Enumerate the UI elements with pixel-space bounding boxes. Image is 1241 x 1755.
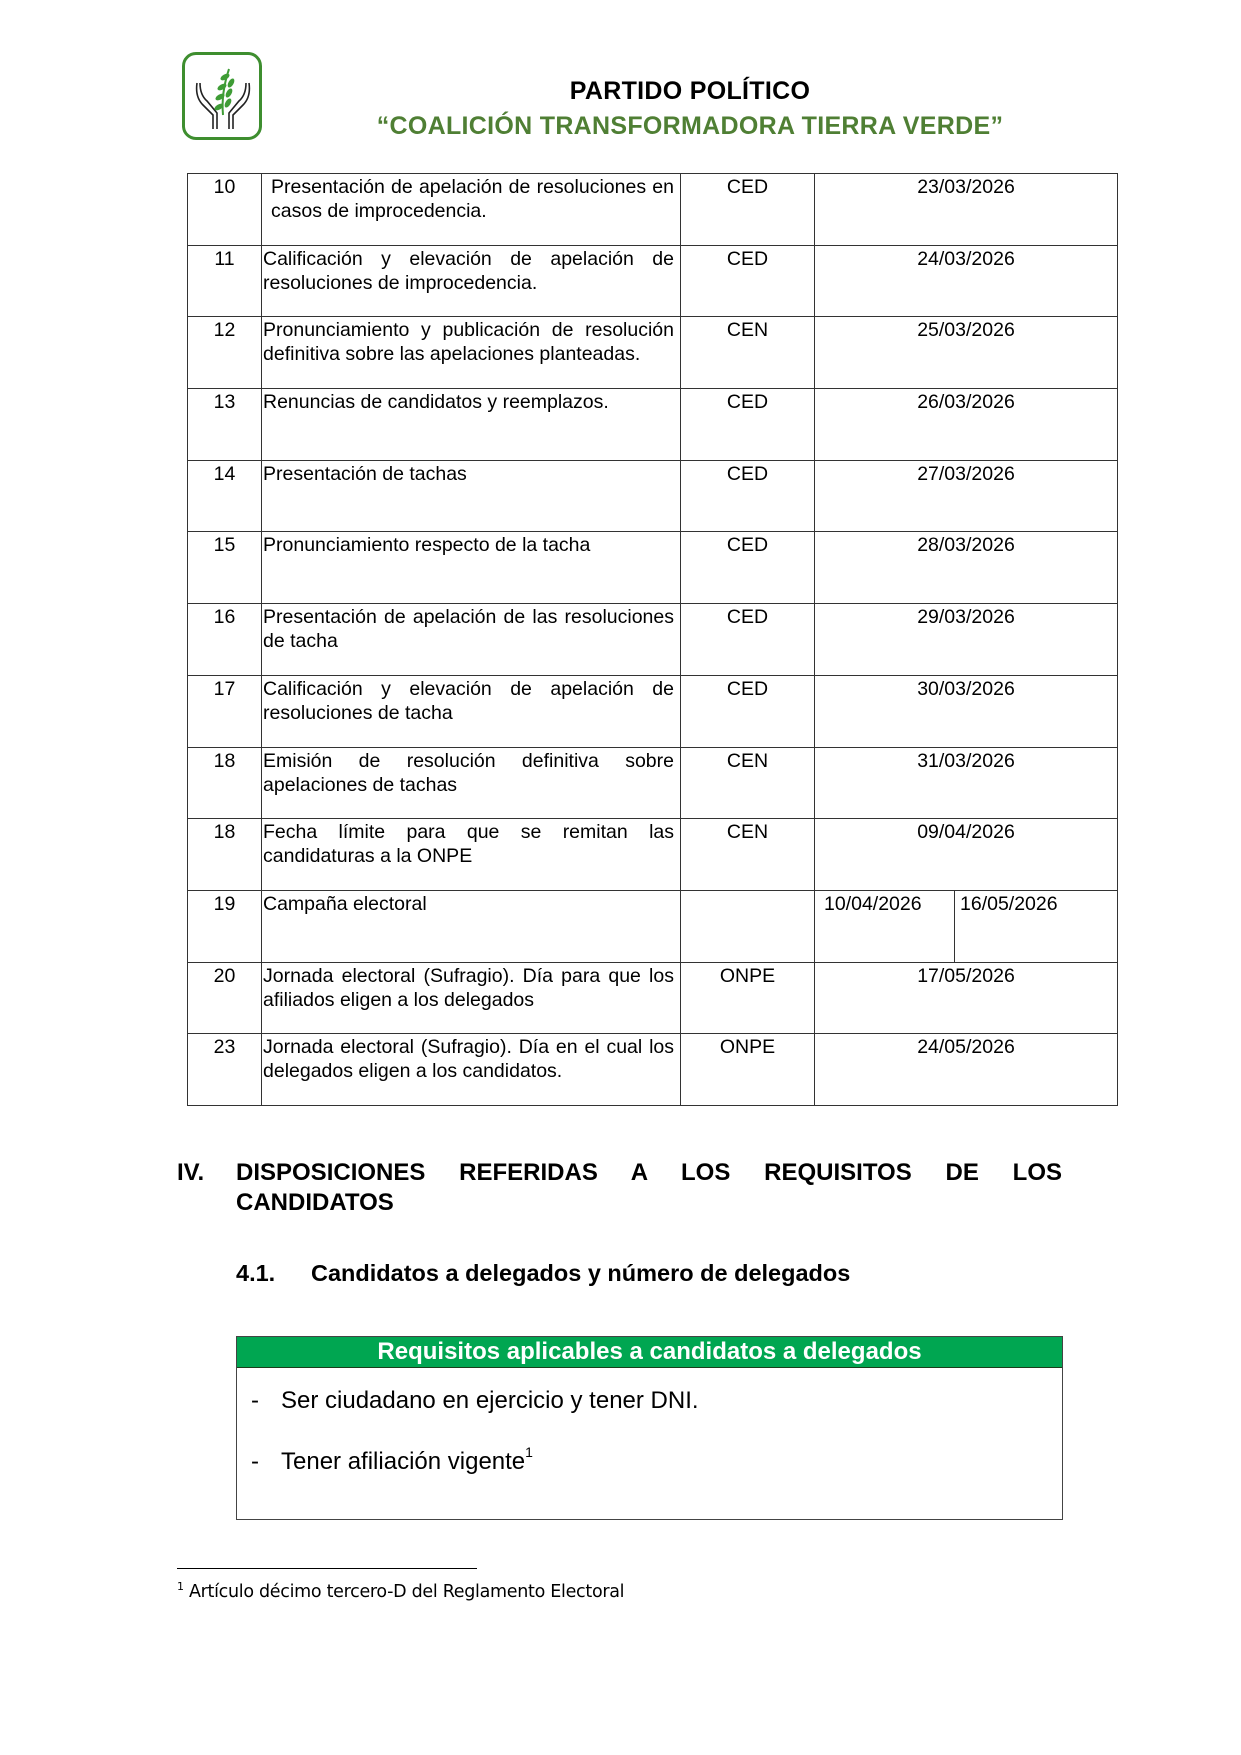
table-row: 15Pronunciamiento respecto de la tachaCE… (188, 532, 1118, 604)
activity-cell: Fecha límite para que se remitan las can… (262, 819, 681, 891)
activity-cell: Jornada electoral (Sufragio). Día para q… (262, 962, 681, 1034)
section-number: IV. (177, 1158, 204, 1188)
date-value: 24/05/2026 (917, 1035, 1015, 1059)
party-logo (182, 52, 262, 140)
table-row: 14Presentación de tachasCED27/03/2026 (188, 460, 1118, 532)
organ-cell: CED (681, 245, 815, 317)
activity-cell: Campaña electoral (262, 890, 681, 962)
requirements-header: Requisitos aplicables a candidatos a del… (237, 1337, 1062, 1368)
subsection-number: 4.1. (236, 1260, 311, 1287)
date-cell: 29/03/2026 (815, 604, 1118, 676)
subsection-title: Candidatos a delegados y número de deleg… (311, 1260, 850, 1286)
date-value: 31/03/2026 (917, 749, 1015, 773)
date-value: 25/03/2026 (917, 318, 1015, 342)
table-row: 11Calificación y elevación de apelación … (188, 245, 1118, 317)
date-cell: 25/03/2026 (815, 317, 1118, 389)
end-date-cell: 16/05/2026 (955, 890, 1118, 962)
section-title: DISPOSICIONES REFERIDAS A LOS REQUISITOS… (236, 1158, 1062, 1218)
footnote: 1 Artículo décimo tercero-D del Reglamen… (177, 1582, 624, 1602)
date-value: 24/03/2026 (917, 247, 1015, 271)
row-number: 15 (188, 532, 262, 604)
organ-cell: CED (681, 675, 815, 747)
date-cell: 26/03/2026 (815, 389, 1118, 461)
date-cell: 31/03/2026 (815, 747, 1118, 819)
date-value: 29/03/2026 (917, 605, 1015, 629)
activity-cell: Pronunciamiento y publicación de resoluc… (262, 317, 681, 389)
row-number: 23 (188, 1034, 262, 1106)
organ-cell: CED (681, 389, 815, 461)
organ-cell: ONPE (681, 1034, 815, 1106)
organ-cell: CED (681, 532, 815, 604)
table-row: 16Presentación de apelación de las resol… (188, 604, 1118, 676)
row-number: 20 (188, 962, 262, 1034)
table-row: 18Fecha límite para que se remitan las c… (188, 819, 1118, 891)
table-row: 20Jornada electoral (Sufragio). Día para… (188, 962, 1118, 1034)
row-number: 19 (188, 890, 262, 962)
table-row: 10Presentación de apelación de resolucio… (188, 174, 1118, 246)
row-number: 16 (188, 604, 262, 676)
row-number: 12 (188, 317, 262, 389)
electoral-schedule-table: 10Presentación de apelación de resolucio… (187, 173, 1118, 1106)
activity-cell: Renuncias de candidatos y reemplazos. (262, 389, 681, 461)
organ-cell: CED (681, 460, 815, 532)
activity-cell: Presentación de apelación de resolucione… (262, 174, 681, 246)
date-value: 17/05/2026 (917, 964, 1015, 988)
footnote-ref[interactable]: 1 (525, 1444, 533, 1460)
activity-cell: Emisión de resolución definitiva sobre a… (262, 747, 681, 819)
table-row: 19Campaña electoral10/04/202616/05/2026 (188, 890, 1118, 962)
row-number: 18 (188, 819, 262, 891)
footnote-separator (177, 1568, 477, 1569)
table-row: 12Pronunciamiento y publicación de resol… (188, 317, 1118, 389)
party-label: PARTIDO POLÍTICO (300, 77, 1080, 106)
hands-holding-wheat-icon (191, 63, 255, 133)
organ-cell: CEN (681, 747, 815, 819)
start-date-cell: 10/04/2026 (815, 890, 955, 962)
organ-cell: CEN (681, 317, 815, 389)
organ-cell (681, 890, 815, 962)
activity-cell: Calificación y elevación de apelación de… (262, 245, 681, 317)
row-number: 14 (188, 460, 262, 532)
date-value: 27/03/2026 (917, 462, 1015, 486)
date-cell: 27/03/2026 (815, 460, 1118, 532)
row-number: 10 (188, 174, 262, 246)
row-number: 13 (188, 389, 262, 461)
organ-cell: ONPE (681, 962, 815, 1034)
requirement-item: -Ser ciudadano en ejercicio y tener DNI. (251, 1387, 699, 1415)
activity-cell: Jornada electoral (Sufragio). Día en el … (262, 1034, 681, 1106)
row-number: 18 (188, 747, 262, 819)
row-number: 17 (188, 675, 262, 747)
activity-cell: Pronunciamiento respecto de la tacha (262, 532, 681, 604)
table-row: 23Jornada electoral (Sufragio). Día en e… (188, 1034, 1118, 1106)
activity-cell: Calificación y elevación de apelación de… (262, 675, 681, 747)
date-cell: 17/05/2026 (815, 962, 1118, 1034)
date-value: 23/03/2026 (917, 175, 1015, 199)
table-row: 17Calificación y elevación de apelación … (188, 675, 1118, 747)
requirement-item: -Tener afiliación vigente1 (251, 1448, 533, 1476)
organ-cell: CEN (681, 819, 815, 891)
date-value: 26/03/2026 (917, 390, 1015, 414)
activity-cell: Presentación de tachas (262, 460, 681, 532)
row-number: 11 (188, 245, 262, 317)
date-value: 09/04/2026 (917, 820, 1015, 844)
activity-cell: Presentación de apelación de las resoluc… (262, 604, 681, 676)
date-cell: 28/03/2026 (815, 532, 1118, 604)
table-row: 18Emisión de resolución definitiva sobre… (188, 747, 1118, 819)
table-row: 13Renuncias de candidatos y reemplazos.C… (188, 389, 1118, 461)
requirements-box: Requisitos aplicables a candidatos a del… (236, 1336, 1063, 1520)
date-cell: 30/03/2026 (815, 675, 1118, 747)
party-name: “COALICIÓN TRANSFORMADORA TIERRA VERDE” (300, 112, 1080, 141)
subsection-heading: 4.1.Candidatos a delegados y número de d… (236, 1260, 850, 1287)
date-cell: 09/04/2026 (815, 819, 1118, 891)
date-cell: 24/03/2026 (815, 245, 1118, 317)
date-value: 30/03/2026 (917, 677, 1015, 701)
organ-cell: CED (681, 174, 815, 246)
date-value: 28/03/2026 (917, 533, 1015, 557)
date-cell: 24/05/2026 (815, 1034, 1118, 1106)
organ-cell: CED (681, 604, 815, 676)
date-cell: 23/03/2026 (815, 174, 1118, 246)
